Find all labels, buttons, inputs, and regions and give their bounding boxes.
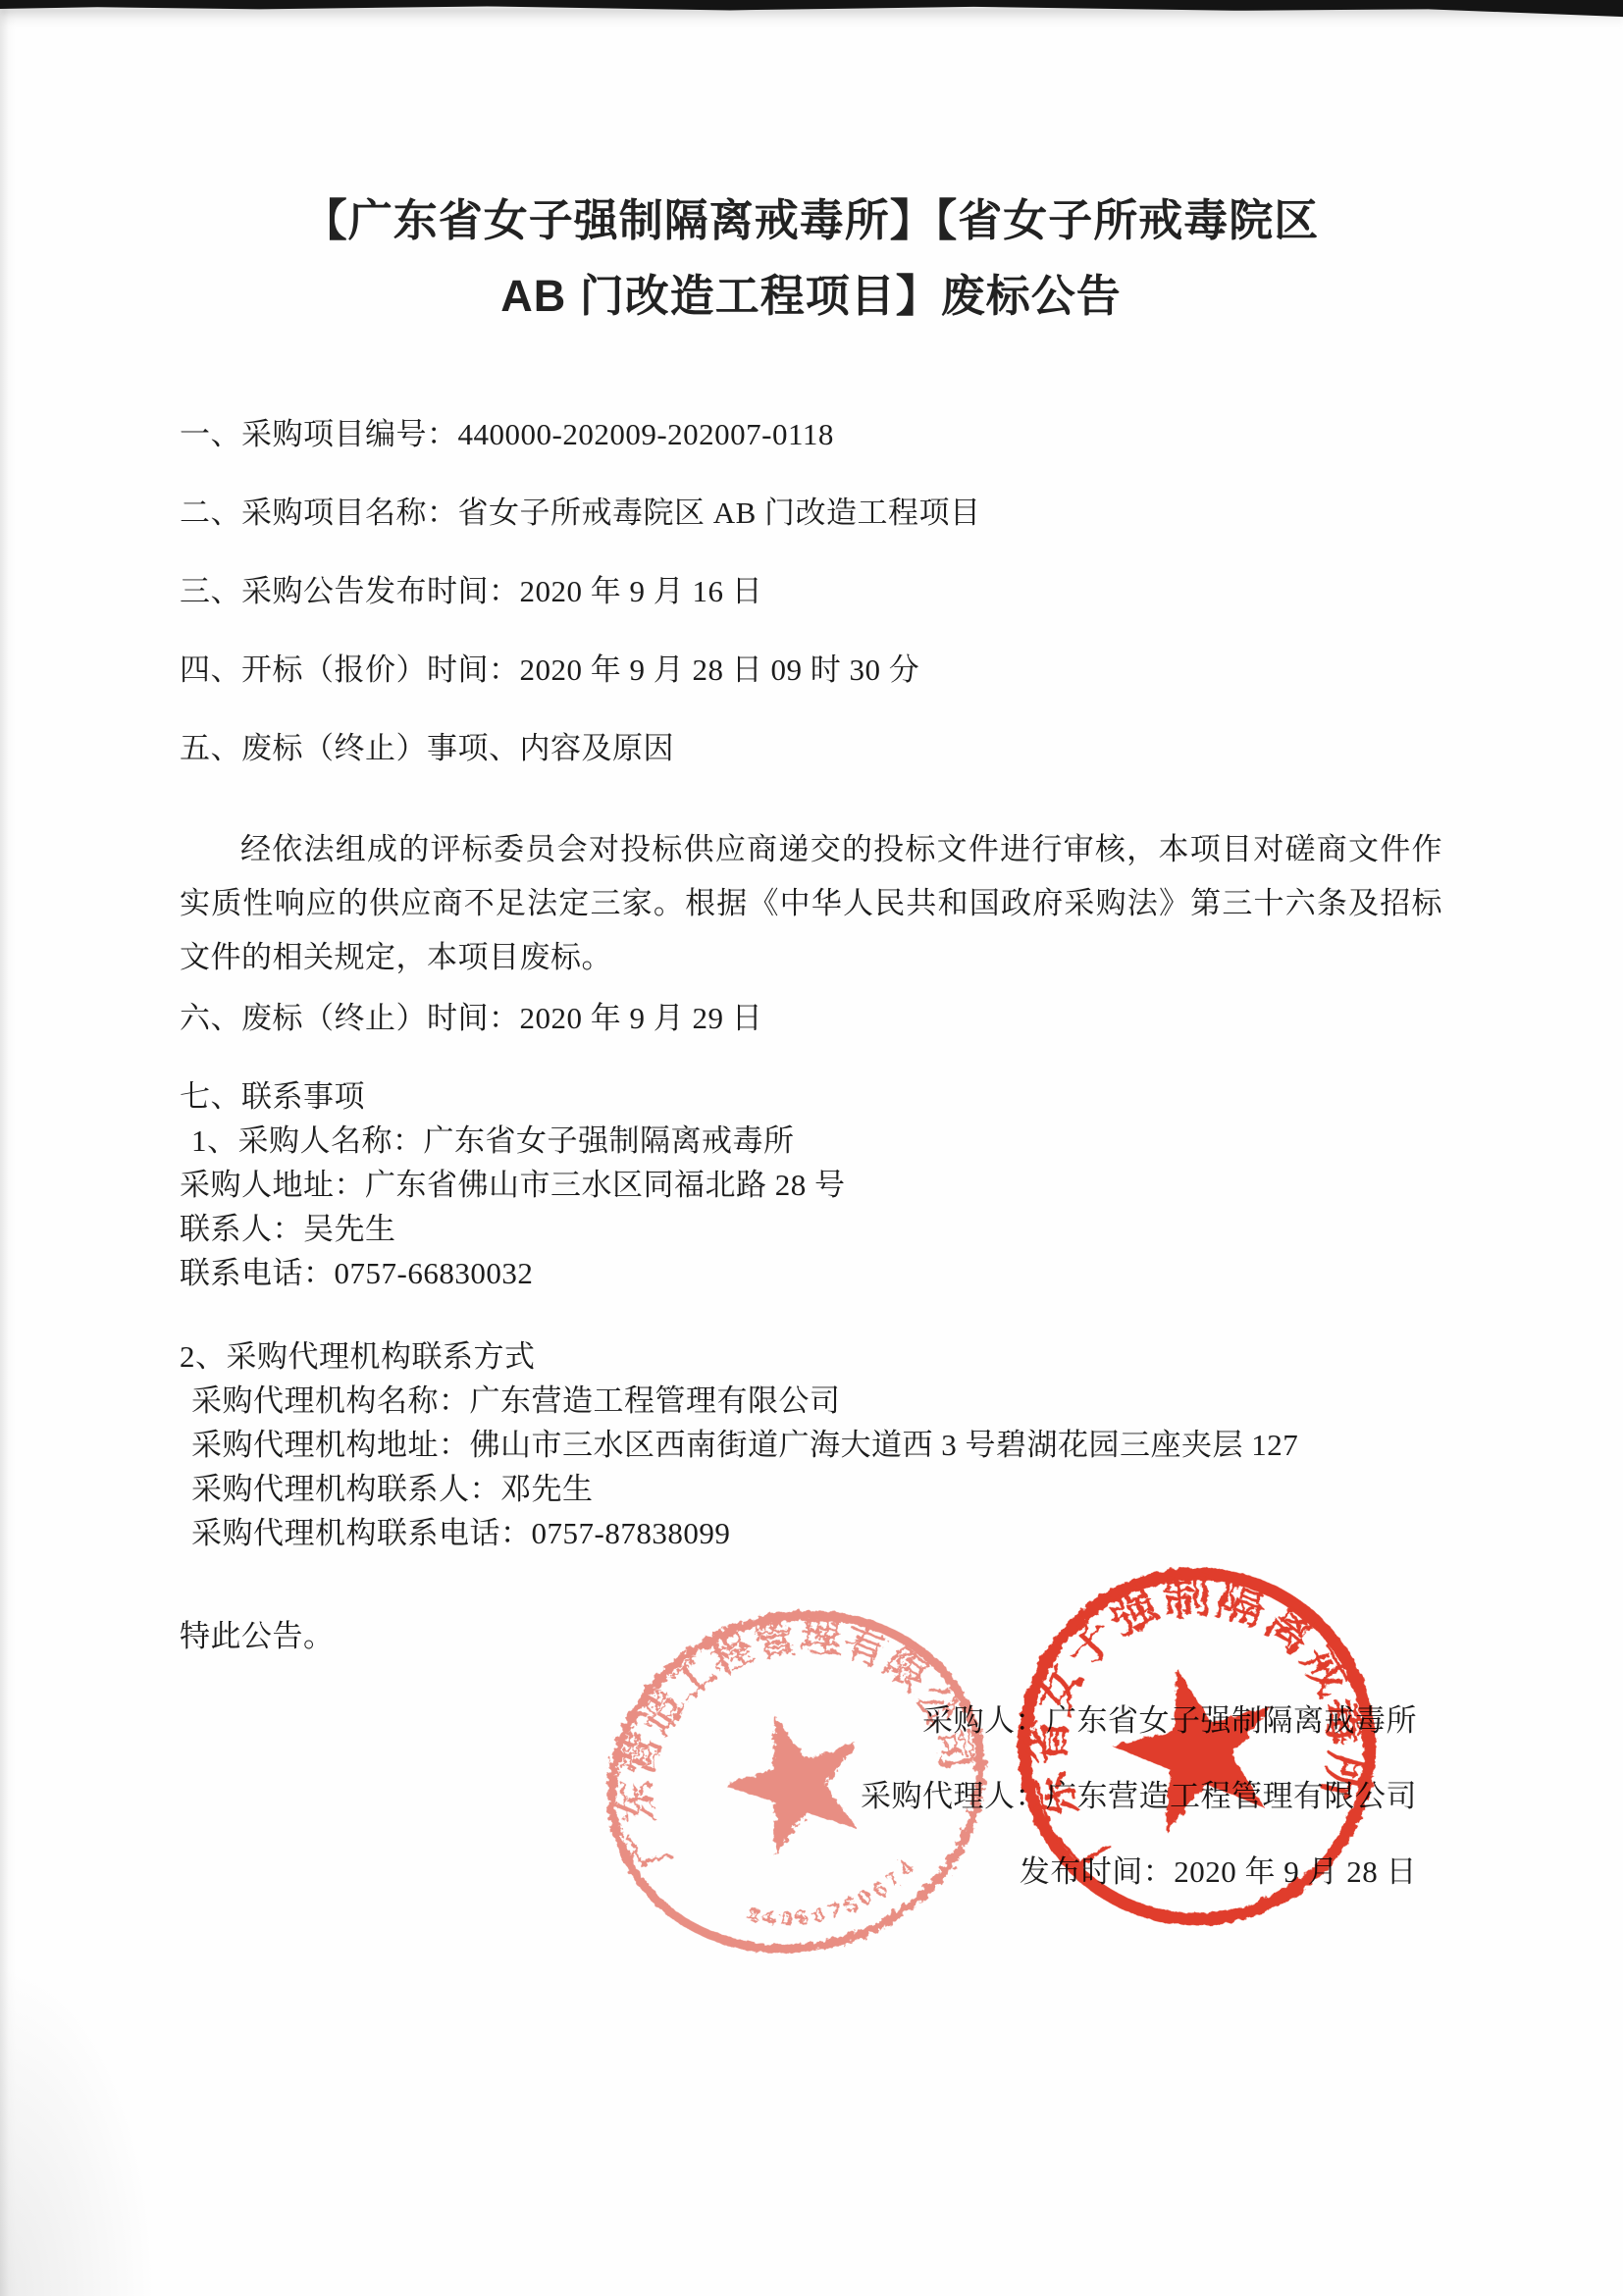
star-icon [708,1695,883,1864]
page-title-line-2: AB 门改造工程项目】废标公告 [180,258,1442,334]
announcement-item-3: 三、采购公告发布时间：2020 年 9 月 16 日 [180,552,1442,631]
announcement-items: 一、采购项目编号：440000-202009-202007-0118 二、采购项… [180,395,1442,788]
signature-purchaser-line: 采购人：广东省女子强制隔离戒毒所 [861,1683,1417,1758]
announcement-item-6: 六、废标（终止）时间：2020 年 9 月 29 日 [180,1003,1442,1033]
scanned-document-page: 【广东省女子强制隔离戒毒所】【省女子所戒毒院区 AB 门改造工程项目】废标公告 … [0,0,1623,2296]
purchaser-contact-person-line: 联系人：吴先生 [180,1207,1442,1251]
page-title: 【广东省女子强制隔离戒毒所】【省女子所戒毒院区 AB 门改造工程项目】废标公告 [180,183,1442,334]
announcement-item-5: 五、废标（终止）事项、内容及原因 [180,709,1442,788]
announcement-item-2: 二、采购项目名称：省女子所戒毒院区 AB 门改造工程项目 [180,474,1442,552]
announcement-item-4: 四、开标（报价）时间：2020 年 9 月 28 日 09 时 30 分 [180,631,1442,709]
signature-publish-date-line: 发布时间：2020 年 9 月 28 日 [861,1834,1417,1909]
scan-top-smear [0,7,1623,26]
announcement-item-7: 七、联系事项 [180,1081,1442,1112]
agency-phone-line: 采购代理机构联系电话：0757-87838099 [180,1511,1442,1555]
purchaser-name-line: 1、采购人名称：广东省女子强制隔离戒毒所 [180,1119,1442,1163]
purchaser-contact-block: 1、采购人名称：广东省女子强制隔离戒毒所 采购人地址：广东省佛山市三水区同福北路… [180,1119,1442,1295]
agency-contact-heading: 2、采购代理机构联系方式 [180,1334,1442,1379]
scan-bottom-left-smudge [0,1962,157,2296]
purchaser-phone-line: 联系电话：0757-66830032 [180,1251,1442,1295]
page-title-line-1: 【广东省女子强制隔离戒毒所】【省女子所戒毒院区 [180,183,1442,258]
signature-block: 采购人：广东省女子强制隔离戒毒所 采购代理人：广东营造工程管理有限公司 发布时间… [861,1683,1417,1909]
announcement-item-1: 一、采购项目编号：440000-202009-202007-0118 [180,395,1442,474]
agency-address-line: 采购代理机构地址：佛山市三水区西南街道广海大道西 3 号碧湖花园三座夹层 127 [180,1423,1442,1467]
agency-contact-person-line: 采购代理机构联系人：邓先生 [180,1467,1442,1511]
purchaser-address-line: 采购人地址：广东省佛山市三水区同福北路 28 号 [180,1163,1442,1207]
cancellation-reason-paragraph: 经依法组成的评标委员会对投标供应商递交的投标文件进行审核，本项目对磋商文件作实质… [180,822,1442,984]
agency-name-line: 采购代理机构名称：广东营造工程管理有限公司 [180,1379,1442,1423]
signature-agent-line: 采购代理人：广东营造工程管理有限公司 [861,1758,1417,1834]
scan-left-edge [0,0,16,2296]
closing-statement: 特此公告。 [180,1621,1442,1651]
agency-contact-block: 2、采购代理机构联系方式 采购代理机构名称：广东营造工程管理有限公司 采购代理机… [180,1334,1442,1555]
